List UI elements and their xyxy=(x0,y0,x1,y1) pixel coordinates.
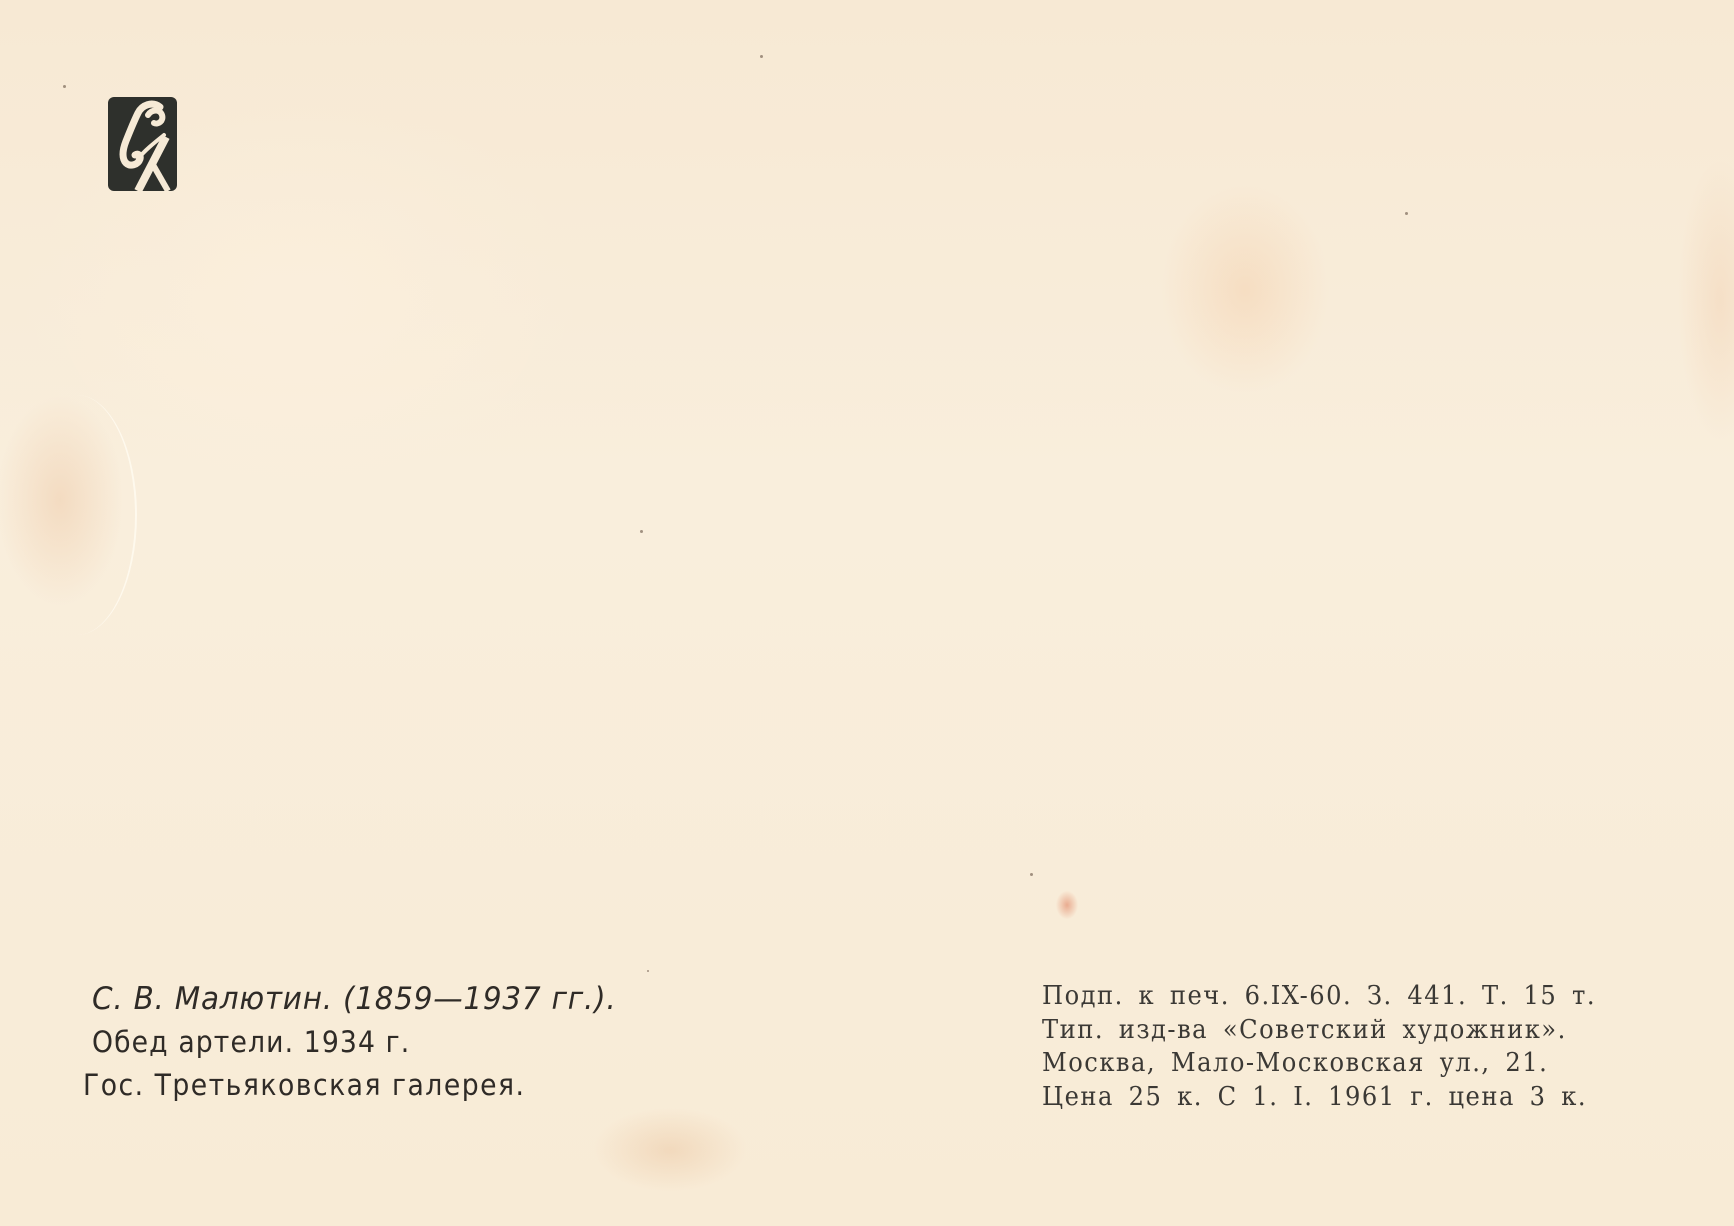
paper-speck xyxy=(760,55,763,58)
paper-speck xyxy=(640,530,643,533)
imprint-line-address: Москва, Мало-Московская ул., 21. xyxy=(1042,1047,1596,1081)
publisher-logo xyxy=(108,97,177,191)
printing-imprint: Подп. к печ. 6.IX-60. З. 441. Т. 15 т. Т… xyxy=(1042,980,1638,1114)
sovetsky-khudozhnik-monogram-icon xyxy=(108,97,177,191)
imprint-line-print-date: Подп. к печ. 6.IX-60. З. 441. Т. 15 т. xyxy=(1042,980,1596,1014)
artwork-title-year: Обед артели. 1934 г. xyxy=(92,1021,600,1064)
imprint-line-price: Цена 25 к. С 1. I. 1961 г. цена 3 к. xyxy=(1042,1081,1596,1115)
imprint-line-printer: Тип. изд-ва «Советский художник». xyxy=(1042,1014,1596,1048)
paper-speck xyxy=(1405,212,1408,215)
artwork-caption: С. В. Малютин. (1859—1937 гг.). Обед арт… xyxy=(92,978,644,1107)
paper-speck xyxy=(647,970,649,972)
paper-speck xyxy=(1030,873,1033,876)
paper-speck xyxy=(63,85,66,88)
artist-name-dates: С. В. Малютин. (1859—1937 гг.). xyxy=(92,978,616,1021)
museum-collection: Гос. Третьяковская галерея. xyxy=(83,1064,599,1107)
